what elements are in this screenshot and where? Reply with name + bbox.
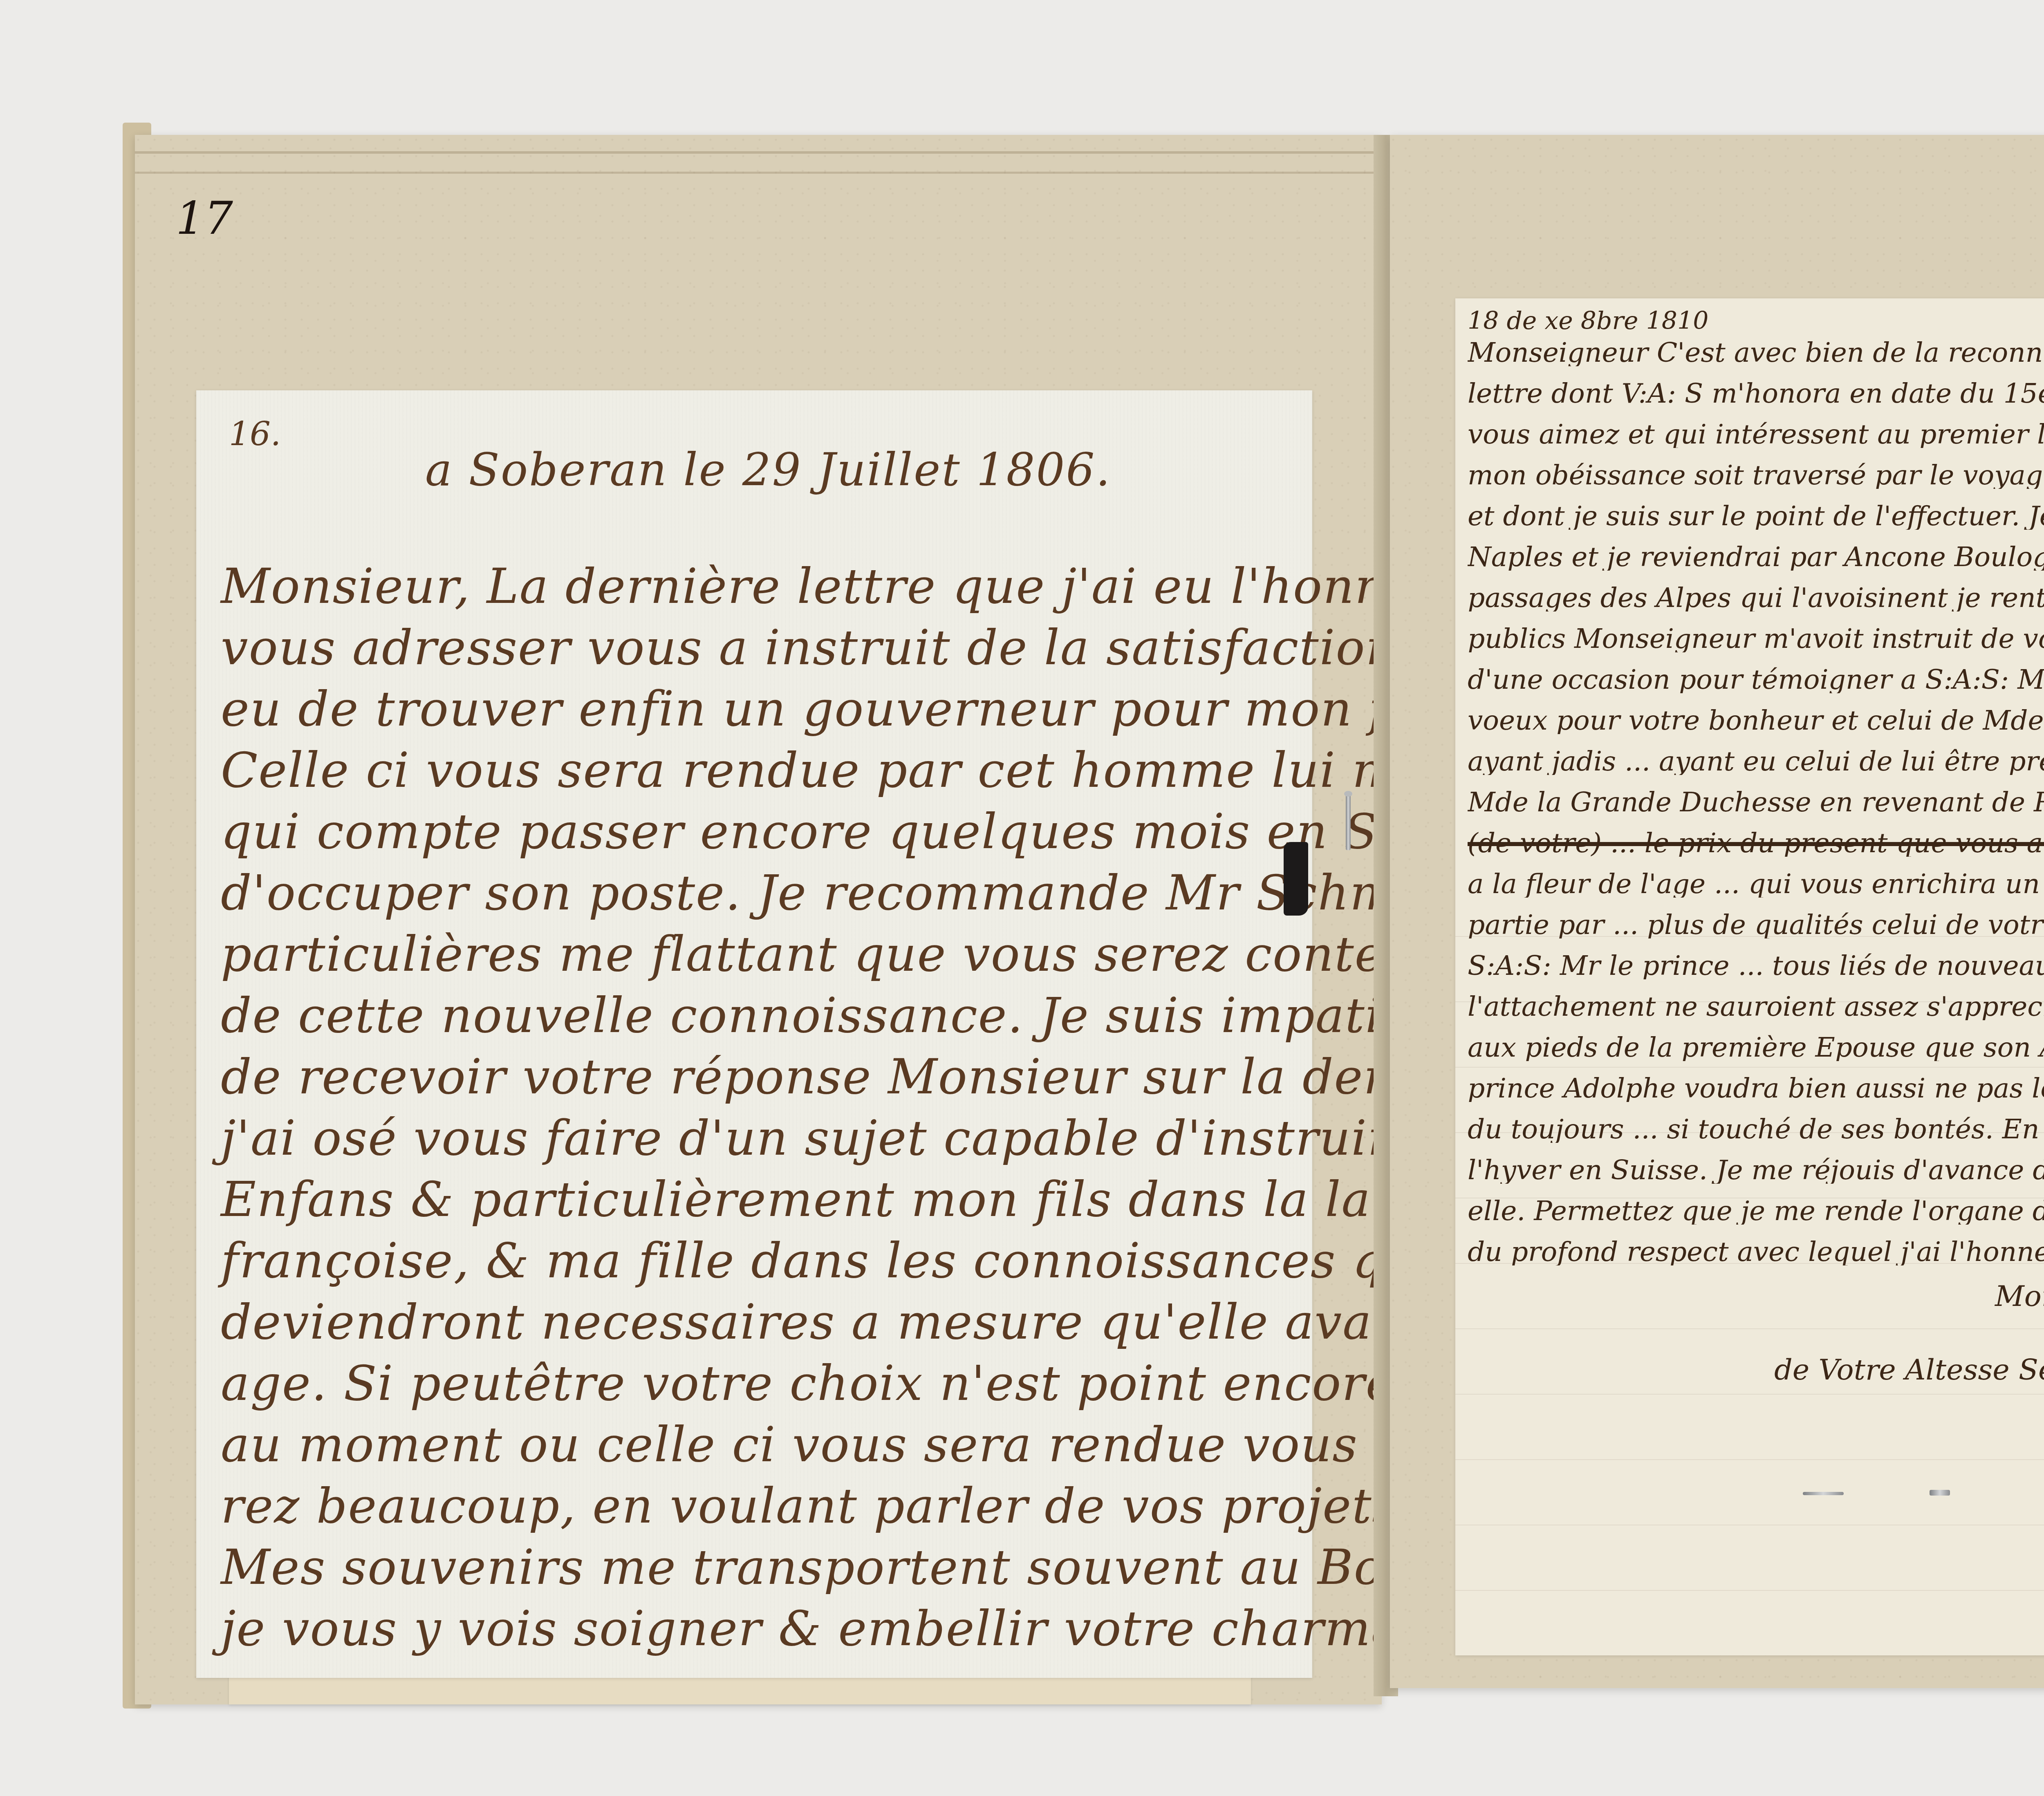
binding-pin — [1346, 793, 1351, 850]
right-letter-line: Naples et je reviendrai par Ancone Boulo… — [1468, 544, 2044, 571]
left-letter-line: vous adresser vous a instruit de la sati… — [221, 623, 1288, 672]
right-letter-line: aux pieds de la première Epouse que son … — [1468, 1034, 2044, 1061]
right-letter-line: d'une occasion pour témoigner a S:A:S: M… — [1468, 666, 2044, 693]
right-letter-line: ayant jadis ... ayant eu celui de lui êt… — [1468, 748, 2044, 775]
left-letter-line: age. Si peutêtre votre choix n'est point… — [221, 1359, 1288, 1407]
ruled-line — [1455, 1525, 2044, 1525]
right-letter-line: du profond respect avec lequel j'ai l'ho… — [1468, 1238, 2044, 1265]
stitch-pin-left — [1803, 1492, 1844, 1495]
left-letter-line: Enfans & particulièrement mon fils dans … — [221, 1175, 1288, 1223]
right-letter-line-struck: (de votre) ... le prix du present que vo… — [1468, 830, 2044, 857]
left-letter-line: de cette nouvelle connoissance. Je suis … — [221, 991, 1288, 1039]
right-letter-line: S:A:S: Mr le prince ... tous liés de nou… — [1468, 952, 2044, 979]
right-letter-line: a la fleur de l'age ... qui vous enrichi… — [1468, 871, 2044, 898]
left-letter-line: eu de trouver enfin un gouverneur pour m… — [221, 685, 1288, 733]
right-letter-line: lettre dont V:A: S m'honora en date du 1… — [1468, 380, 2044, 407]
left-letter-line: françoise, & ma fille dans les connoissa… — [221, 1236, 1288, 1285]
right-letter-line: vous aimez et qui intéressent au premier… — [1468, 421, 2044, 448]
left-letter-line: d'occuper son poste. Je recommande Mr Sc… — [221, 869, 1288, 917]
left-letter-line: particulières me flattant que vous serez… — [221, 930, 1288, 978]
left-letter-line: de recevoir votre réponse Monsieur sur l… — [221, 1053, 1288, 1101]
right-letter-subscription: de Votre Altesse Sérénissime — [1774, 1353, 2044, 1386]
left-letter-sheet: 16. a Soberan le 29 Juillet 1806. Monsie… — [196, 390, 1312, 1678]
right-letter-sheet: 18 de xe 8bre 1810 Monseigneur C'est ave… — [1455, 298, 2044, 1655]
right-letter-line: mon obéissance soit traversé par le voya… — [1468, 462, 2044, 489]
ruled-line — [1455, 1590, 2044, 1591]
stitch-pin-right — [1930, 1490, 1950, 1496]
left-letter-body: Monsieur, La dernière lettre que j'ai eu… — [196, 562, 1312, 1666]
left-letter-line: je vous y vois soigner & embellir votre … — [221, 1604, 1288, 1653]
right-letter-line: l'attachement ne sauroient assez s'appre… — [1468, 993, 2044, 1020]
right-letter-body: Monseigneur C'est avec bien de la reconn… — [1455, 339, 2044, 1157]
wax-seal-remnant — [1284, 842, 1308, 916]
ruled-line — [1455, 1394, 2044, 1395]
left-letter-line: Mes souvenirs me transportent souvent au… — [221, 1543, 1288, 1591]
right-letter-line: Monseigneur C'est avec bien de la reconn… — [1468, 339, 2044, 366]
ruled-line — [1455, 1459, 2044, 1460]
right-letter-line: publics Monseigneur m'avoit instruit de … — [1468, 625, 2044, 652]
left-letter-dateline: a Soberan le 29 Juillet 1806. — [425, 443, 1111, 496]
left-letter-line: Celle ci vous sera rendue par cet homme … — [221, 746, 1288, 794]
left-letter-line: qui compte passer encore quelques mois e… — [221, 807, 1288, 855]
left-letter-line: Monsieur, La dernière lettre que j'ai eu… — [221, 562, 1288, 610]
left-page-top-edge — [135, 151, 1382, 154]
right-letter-line: voeux pour votre bonheur et celui de Mde… — [1468, 707, 2044, 734]
ruled-line — [1455, 1328, 2044, 1329]
right-letter-line: Mde la Grande Duchesse en revenant de Ru… — [1468, 789, 2044, 816]
binding-pin-head — [1344, 791, 1352, 797]
right-letter-line: l'hyver en Suisse. Je me réjouis d'avanc… — [1468, 1157, 2044, 1184]
left-letter-line: j'ai osé vous faire d'un sujet capable d… — [221, 1114, 1288, 1162]
left-letter-line: rez beaucoup, en voulant parler de vos p… — [221, 1482, 1288, 1530]
left-letter-line: deviendront necessaires a mesure qu'elle… — [221, 1298, 1288, 1346]
left-folio-number: 16. — [229, 415, 281, 453]
right-letter-line: passages des Alpes qui l'avoisinent je r… — [1468, 584, 2044, 611]
right-letter-closing: Monseigneur — [1995, 1279, 2044, 1313]
right-letter-dateline: 18 de xe 8bre 1810 — [1468, 307, 1708, 335]
right-letter-line: prince Adolphe voudra bien aussi ne pas … — [1468, 1075, 2044, 1102]
left-page-top-edge-2 — [135, 172, 1382, 174]
right-letter-line: partie par ... plus de qualités celui de… — [1468, 911, 2044, 938]
left-page-number: 17 — [176, 192, 233, 244]
right-letter-line: et dont je suis sur le point de l'effect… — [1468, 503, 2044, 530]
left-letter-line: au moment ou celle ci vous sera rendue v… — [221, 1420, 1288, 1469]
right-letter-line: du toujours ... si touché de ses bontés.… — [1468, 1116, 2044, 1143]
right-letter-line: elle. Permettez que je me rende l'organe… — [1468, 1198, 2044, 1225]
